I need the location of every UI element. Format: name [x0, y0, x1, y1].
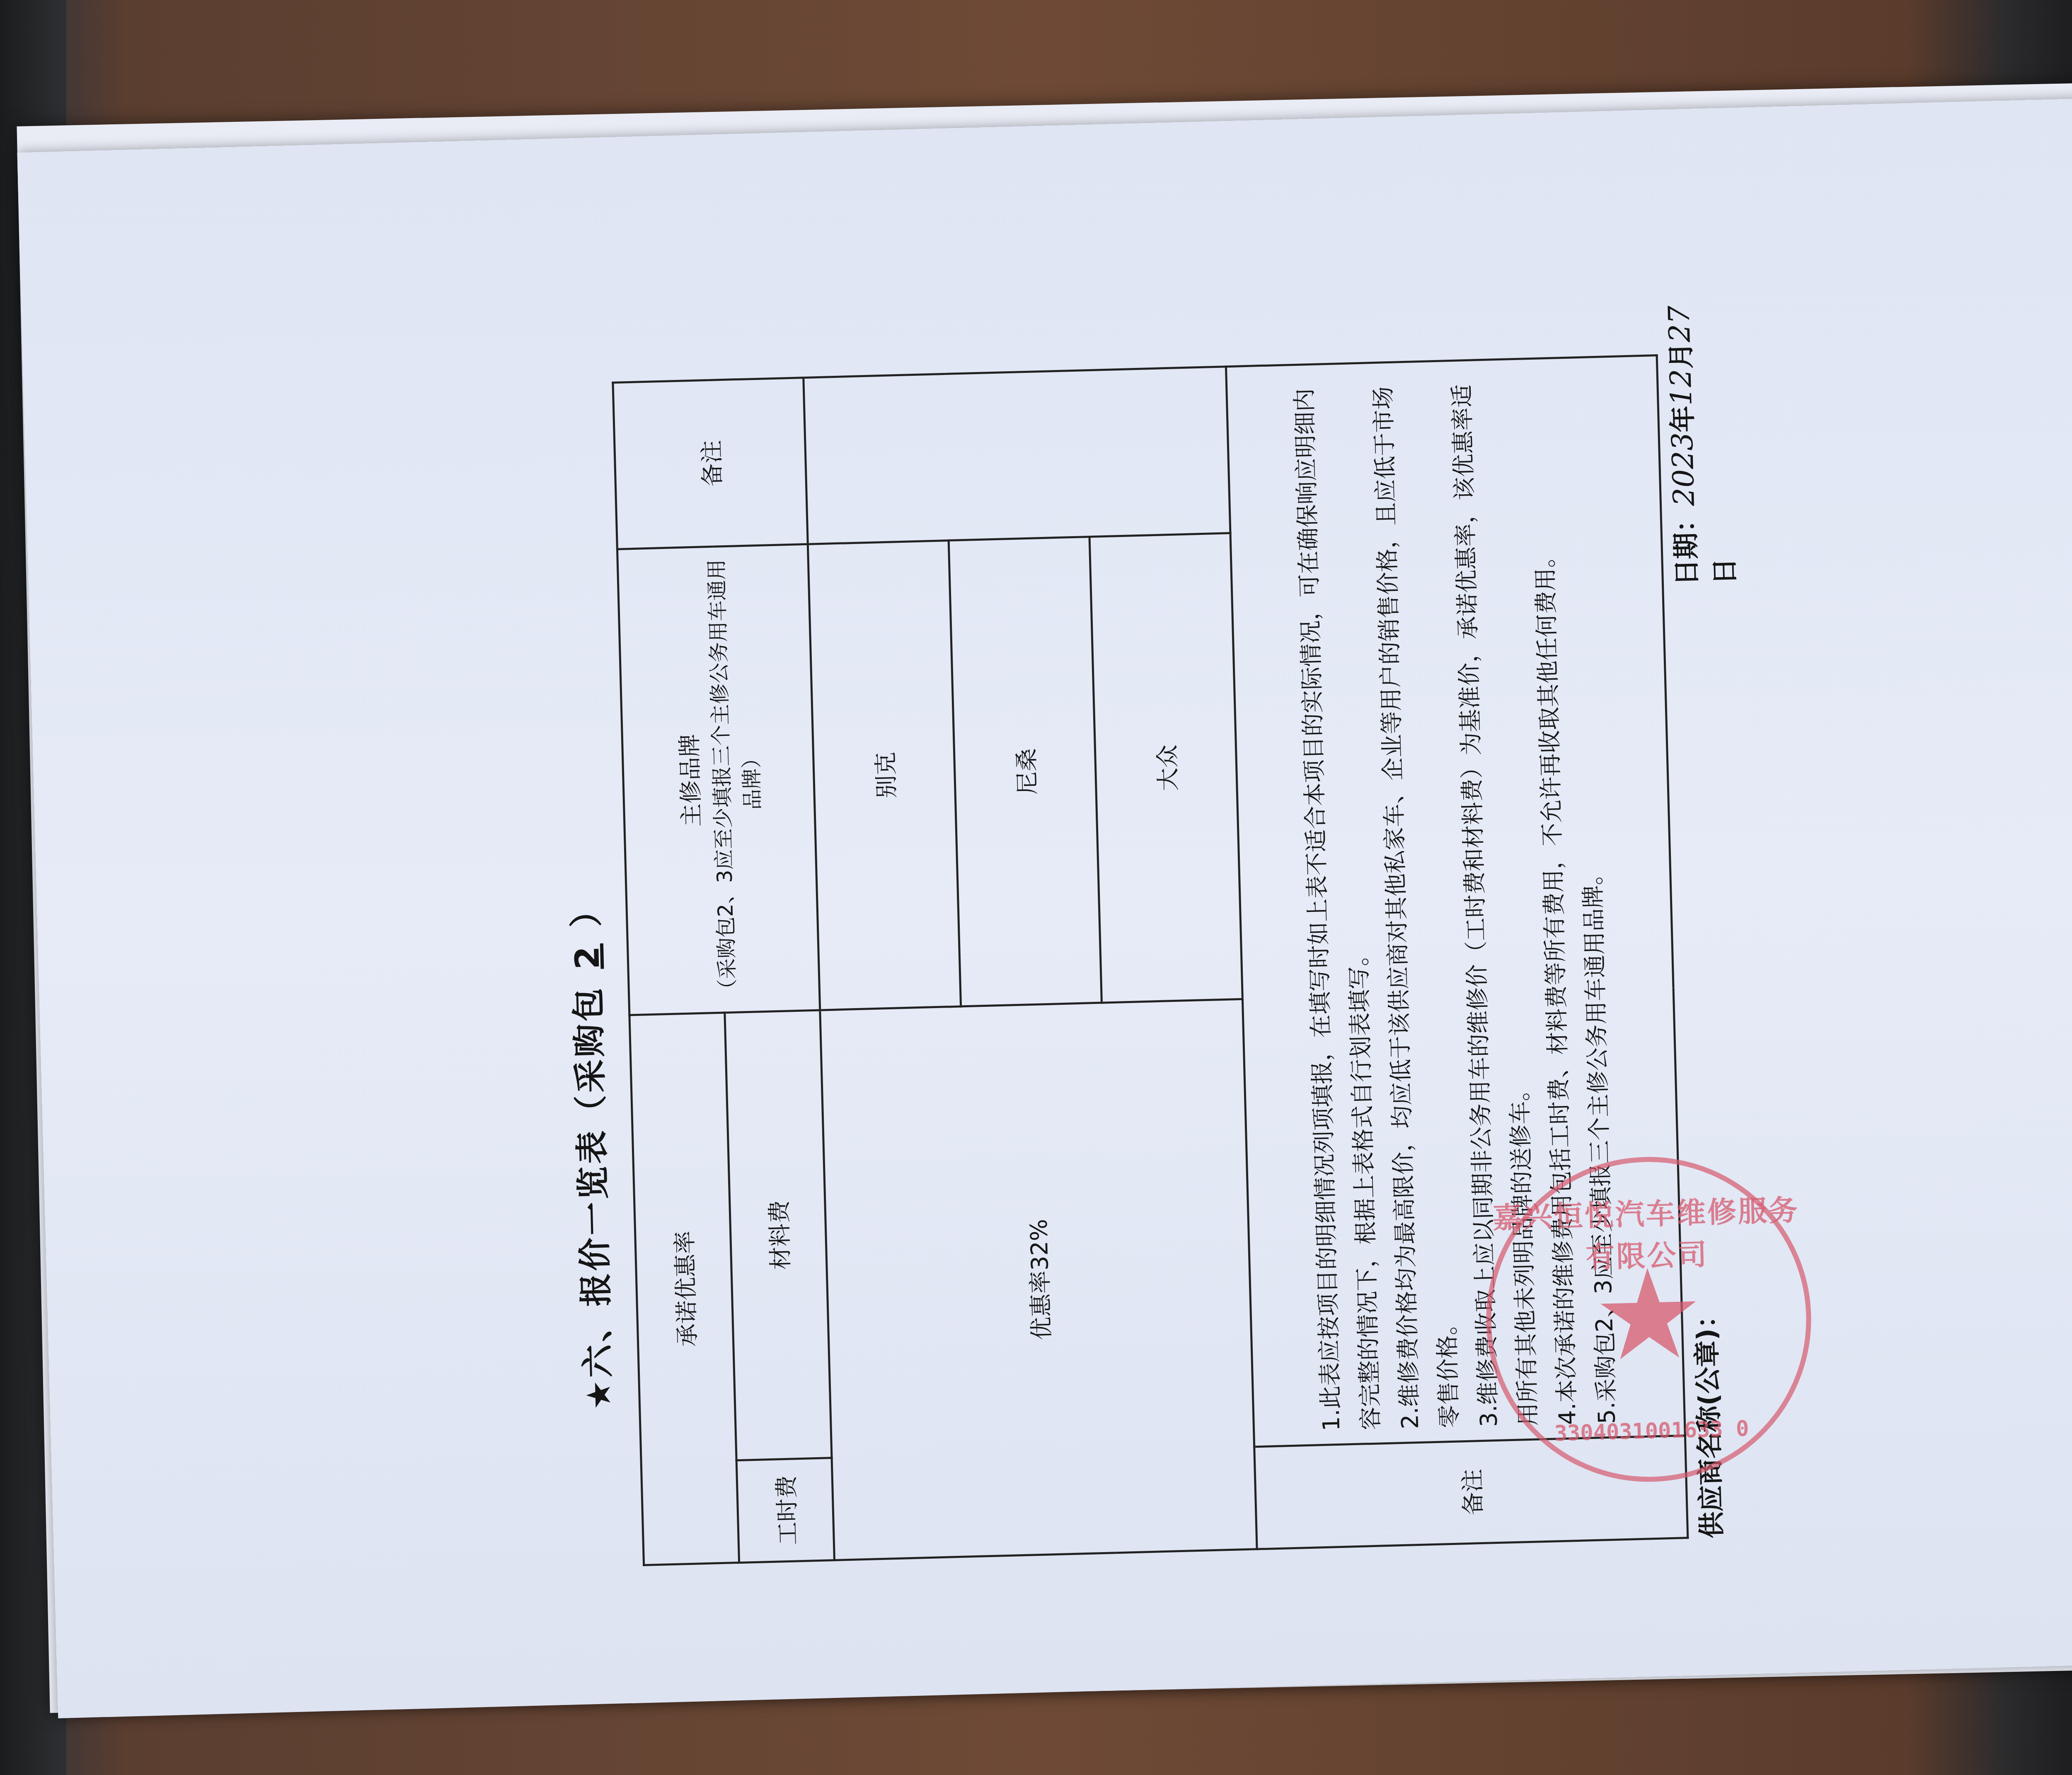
- brand-cell: 大众: [1089, 533, 1242, 1003]
- brand-cell: 尼桑: [949, 537, 1101, 1006]
- discount-header: 承诺优惠率: [629, 1013, 739, 1565]
- date-day: 27: [1662, 305, 1697, 343]
- date-year: 2023: [1665, 432, 1701, 506]
- star-icon: ★: [1489, 1249, 1808, 1381]
- day-char: 日: [1709, 558, 1741, 585]
- date-field: 日期：2023年12月27日: [1658, 294, 1742, 586]
- seal-code: 3304031001633 0: [1494, 1415, 1809, 1448]
- title-prefix: ★六、报价一览表（采购包: [569, 985, 619, 1410]
- title-suffix: ）: [566, 891, 606, 928]
- quotation-form-page: ★六、报价一览表（采购包2） 承诺优惠率 主修品牌 （采购包2、3应至少填报三个…: [559, 255, 1670, 1567]
- supplier-name: 供应商名称(公章)： 嘉兴恒悦汽车维修服务有限公司 ★ 330403100163…: [1685, 1301, 1729, 1539]
- year-char: 年: [1668, 405, 1699, 433]
- date-label: 日期：: [1670, 505, 1703, 586]
- discount-value: 优惠率32%: [820, 999, 1257, 1560]
- material-fee-header: 材料费: [725, 1010, 832, 1460]
- remarks-value: [804, 367, 1230, 544]
- company-seal: 嘉兴恒悦汽车维修服务有限公司 ★ 3304031001633 0: [1482, 1153, 1815, 1486]
- brand-cell: 别克: [808, 540, 961, 1010]
- package-number: 2: [567, 927, 608, 987]
- brand-header: 主修品牌 （采购包2、3应至少填报三个主修公务用车通用品牌）: [617, 544, 820, 1015]
- month-char: 月: [1666, 342, 1697, 369]
- page-title: ★六、报价一览表（采购包2）: [559, 891, 620, 1410]
- labor-fee-header: 工时费: [736, 1458, 834, 1562]
- brand-header-note: （采购包2、3应至少填报三个主修公务用车通用品牌）: [700, 551, 771, 1008]
- remarks-header: 备注: [613, 377, 808, 549]
- date-month: 12: [1663, 368, 1698, 406]
- document-paper: ★六、报价一览表（采购包2） 承诺优惠率 主修品牌 （采购包2、3应至少填报三个…: [17, 97, 2072, 1718]
